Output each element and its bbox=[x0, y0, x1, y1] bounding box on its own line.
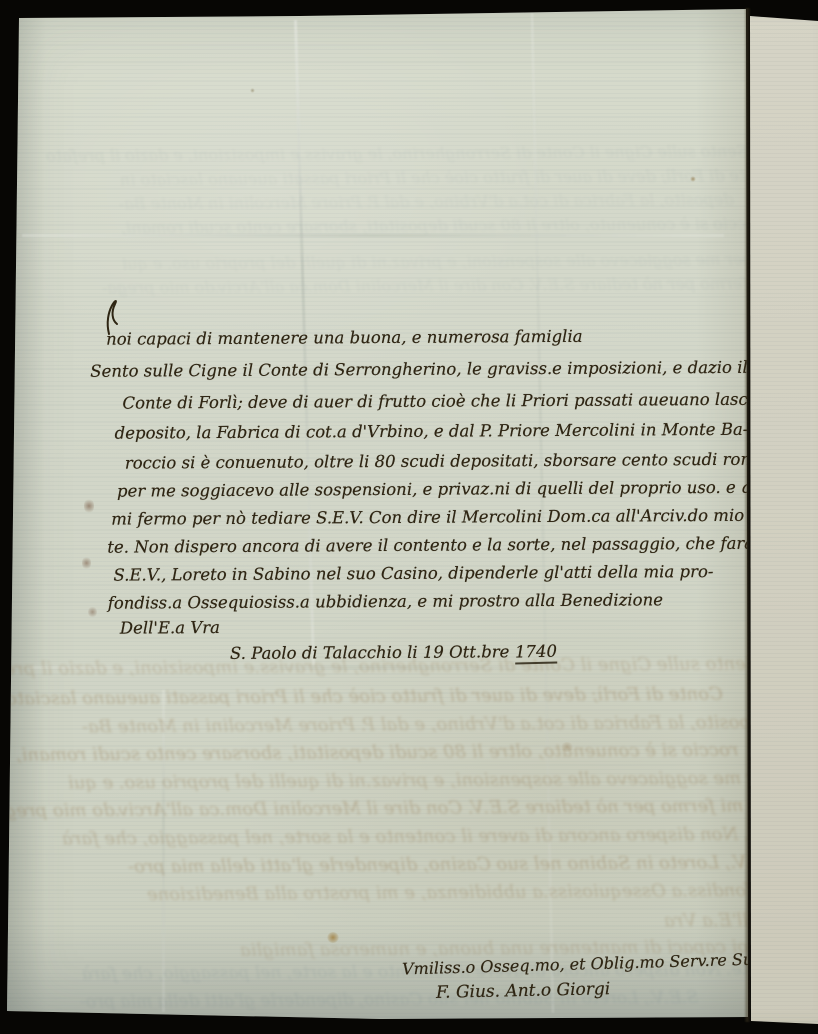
dateline-place-date: S. Paolo di Talacchio li 19 Ott.bre bbox=[230, 642, 515, 663]
letter-line: fondiss.a Ossequiosiss.a ubbidienza, e m… bbox=[108, 590, 663, 612]
letter-line: roccio si è conuenuto, oltre li 80 scudi… bbox=[125, 450, 787, 473]
letter-dateline: S. Paolo di Talacchio li 19 Ott.bre 1740 bbox=[230, 642, 557, 666]
dateline-year-underlined: 1740 bbox=[514, 642, 557, 665]
fold-crease-vertical bbox=[162, 690, 165, 1012]
fold-crease-horizontal bbox=[22, 234, 724, 237]
binding-fold-seam bbox=[744, 8, 751, 1022]
letter-text-block: noi capaci di mantenere una buona, e num… bbox=[0, 0, 760, 2]
bleed-through-line: per me soggiacevo alle sospensioni, e pr… bbox=[68, 768, 778, 794]
bleed-through-line: roccio si è conuenuto, oltre li 80 scudi… bbox=[15, 739, 738, 765]
bleed-through-line: mi fermo per nò tediare S.E.V. Con dire … bbox=[102, 274, 774, 298]
bleed-through-line: S.E.V., Loreto in Sabino nel suo Casino,… bbox=[128, 852, 783, 878]
bleed-through-line: Sento sulle Cigne il Conte di Serrongher… bbox=[46, 142, 748, 166]
paper-edge-shadow-bottom bbox=[0, 924, 818, 1034]
letter-line: deposito, la Fabrica di cot.a d'Vrbino, … bbox=[115, 420, 749, 443]
paper-speck bbox=[250, 88, 255, 93]
letter-line: S.E.V., Loreto in Sabino nel suo Casino,… bbox=[113, 562, 713, 585]
letter-line: te. Non dispero ancora di avere il conte… bbox=[107, 534, 754, 557]
bleed-through-line: deposito, la Fabrica di cot.a d'Vrbino, … bbox=[82, 712, 773, 738]
bleed-through-line: deposito, la Fabrica di cot.a d'Vrbino, … bbox=[118, 190, 733, 213]
paper-speck bbox=[560, 742, 574, 752]
bleed-through-line: per me soggiacevo alle sospensioni, e pr… bbox=[122, 250, 753, 273]
margin-ink-smudge bbox=[82, 556, 91, 570]
margin-ink-smudge bbox=[84, 498, 94, 514]
paper-edge-shadow-left bbox=[0, 0, 46, 1034]
fold-crease-horizontal bbox=[30, 666, 730, 669]
letter-line: noi capaci di mantenere una buona, e num… bbox=[106, 327, 583, 349]
bleed-through-line: Conte di Forlì; deve di auer di frutto c… bbox=[120, 166, 778, 190]
letter-line: Dell'E.a Vra bbox=[120, 618, 220, 638]
signature: F. Gius. Ant.o Giorgi bbox=[436, 979, 611, 1003]
bleed-through-line: mi fermo per nò tediare S.E.V. Con dire … bbox=[0, 795, 743, 821]
ink-stain bbox=[327, 932, 339, 943]
bleed-through-line: te. Non dispero ancora di avere il conte… bbox=[62, 824, 768, 850]
letter-line: per me soggiacevo alle sospensioni, e pr… bbox=[117, 478, 768, 501]
margin-ink-smudge bbox=[88, 606, 97, 618]
bleed-through-line: fondiss.a Ossequiosiss.a ubbidienza, e m… bbox=[147, 880, 753, 905]
manuscript-scan: Sento sulle Cigne il Conte di Serrongher… bbox=[0, 0, 818, 1034]
bleed-through-line: Conte di Forlì; deve di auer di frutto c… bbox=[0, 683, 723, 709]
manuscript-page: Sento sulle Cigne il Conte di Serrongher… bbox=[0, 0, 818, 1034]
ink-stain bbox=[690, 176, 696, 182]
